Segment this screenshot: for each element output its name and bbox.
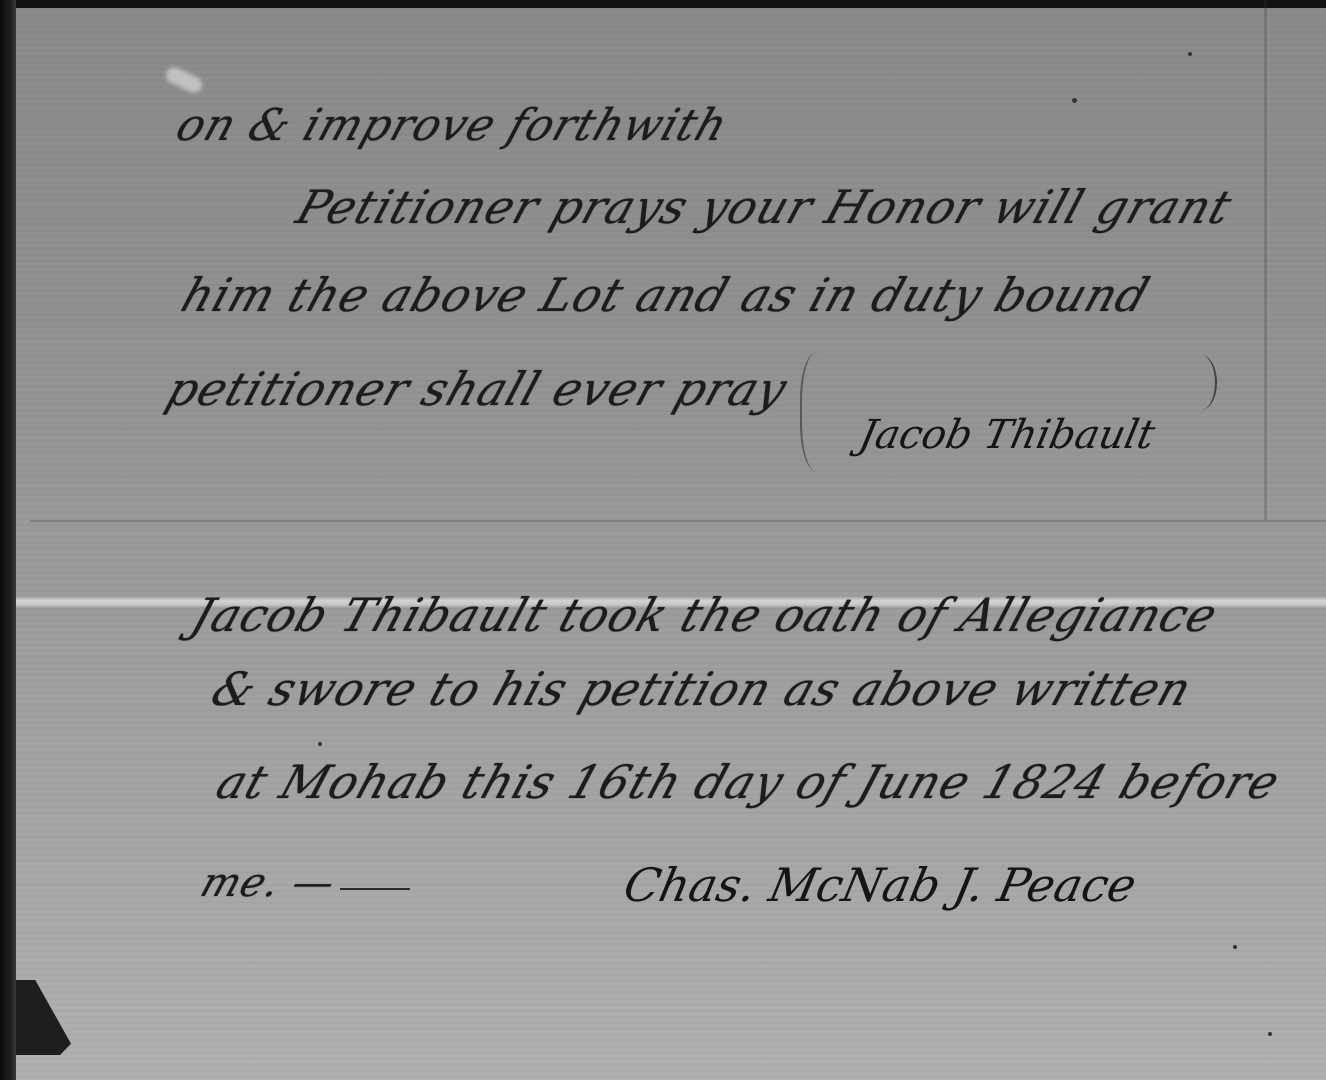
petition-line-1: on & improve forthwith — [170, 100, 734, 151]
faint-fold-line — [30, 520, 1326, 522]
oath-line-1: Jacob Thibault took the oath of Allegian… — [185, 588, 1225, 642]
closing-dash — [340, 888, 410, 890]
justice-signature: Chas. McNab J. Peace — [619, 858, 1141, 912]
petition-line-2: Petitioner prays your Honor will grant — [290, 180, 1239, 234]
ink-speck — [318, 742, 322, 746]
petition-line-4: petitioner shall ever pray — [160, 362, 794, 416]
paper-sheet — [12, 8, 1326, 1080]
oath-line-2: & swore to his petition as above written — [205, 662, 1199, 716]
ink-speck — [1233, 945, 1237, 949]
oath-line-4: me. — — [195, 860, 342, 906]
petition-line-3: him the above Lot and as in duty bound — [175, 268, 1157, 322]
signature-flourish — [1185, 355, 1217, 410]
scanned-page: on & improve forthwith Petitioner prays … — [0, 0, 1326, 1080]
page-left-edge — [0, 0, 16, 1080]
ink-speck — [1268, 1032, 1272, 1036]
ink-speck — [1188, 52, 1192, 56]
petitioner-signature: Jacob Thibault — [855, 412, 1159, 458]
signature-brace — [800, 352, 842, 472]
ink-speck — [1072, 98, 1077, 103]
oath-line-3: at Mohab this 16th day of June 1824 befo… — [210, 755, 1287, 809]
vertical-fold-crease — [1264, 0, 1267, 520]
